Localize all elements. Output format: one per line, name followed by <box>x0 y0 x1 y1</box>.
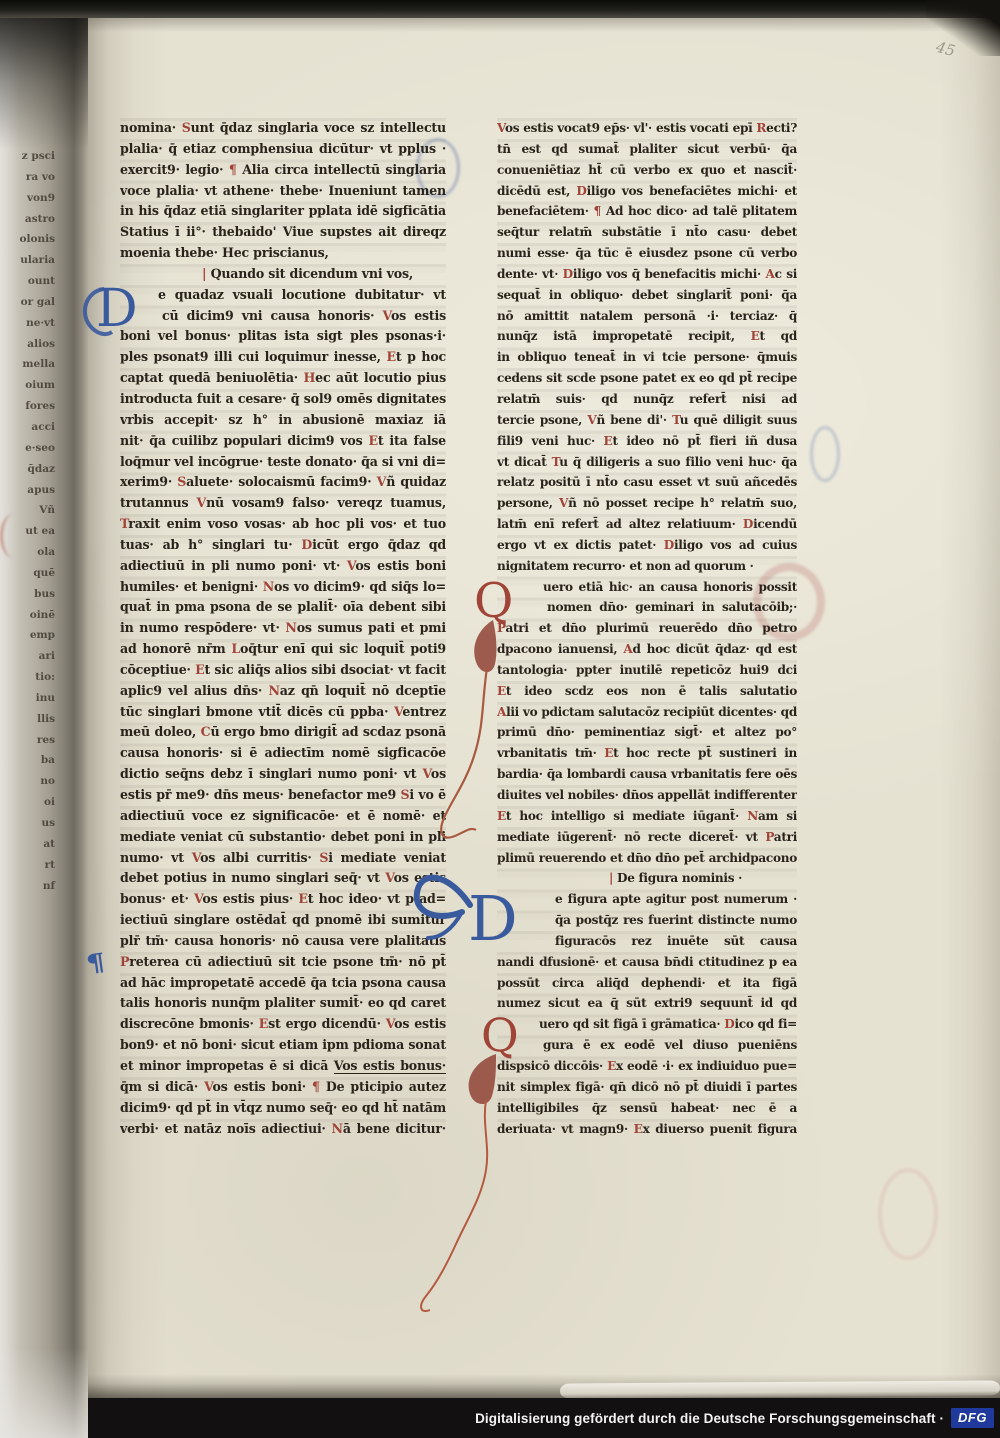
text-line: e quadaz vsuali locutione dubitatur· vt <box>120 285 446 306</box>
text-line: vrbanitatis tm̄· Et hoc recte pt̄ sustin… <box>497 743 797 764</box>
text-line: quat̄ in pma psona de se plalit̄· oīa de… <box>120 597 446 618</box>
text-line: uero qd sit figā ī grāmatica· Dico qd fi… <box>497 1014 797 1035</box>
illuminated-initial-Q-red: Q <box>474 577 513 625</box>
text-line: diuites vel nobiles· dn̄os appellāt indi… <box>497 785 797 806</box>
text-line: tuas· ab h° singlari tu· Dicūt ergo q̄da… <box>120 535 446 556</box>
text-line: seq̄tur relatm̄ substātie ī nt̄o casu· d… <box>497 222 797 243</box>
manuscript-scan: z pscira vovon9astroolonisulariaountor g… <box>0 0 1000 1438</box>
text-line: bonus· et· Vos estis pius· Et hoc ideo· … <box>120 889 446 910</box>
text-line: plimū reuerendo et dn̄o dn̄o pet̄ archid… <box>497 848 797 869</box>
text-line: fili9 veni huc· Et ideo nō pt̄ fieri iñ … <box>497 431 797 452</box>
text-line: estis pr̄ me9· dn̄s meus· benefactor me9… <box>120 785 446 806</box>
text-line: boni vel bonus· plitas ista sigt ples ps… <box>120 326 446 347</box>
text-line: Vos estis vocat9 ep̄s· vl'· estis vocati… <box>497 118 797 139</box>
text-line: vt dicat̄ Tu q̄ diligeris a suo filio ve… <box>497 452 797 473</box>
scan-top-edge <box>0 0 1000 18</box>
gutter-fragment: fores <box>0 396 58 417</box>
text-line: ples psonat9 illi cui loquimur inesse, E… <box>120 347 446 368</box>
text-line: ad hāc impropetatē accedē q̄a tcia psona… <box>120 973 446 994</box>
rubric-heading: | De figura nominis · <box>497 868 797 889</box>
text-line: adiectiuū in pli numo poni· vt· Vos esti… <box>120 556 446 577</box>
gutter-fragment: or gal <box>0 292 58 313</box>
text-line: nomina· Sunt q̄daz singlaria voce sz int… <box>120 118 446 139</box>
column-left: nomina· Sunt q̄daz singlaria voce sz int… <box>120 118 446 1139</box>
gutter-fragment: us <box>0 813 58 834</box>
text-line: causa honoris· si ē adiectīm nomē sigfic… <box>120 743 446 764</box>
gutter-fragment: emp <box>0 625 58 646</box>
text-line: adiectiuū voce ez significacōe· et ē nom… <box>120 806 446 827</box>
text-line: Alii vo pdictam salutacōz recipiūt dicen… <box>497 702 797 723</box>
text-line: humiles· et benigni· Nos vo dicim9· qd s… <box>120 577 446 598</box>
text-line: nignitatem recurro· et non ad quorum · <box>497 556 797 577</box>
text-line: Et hoc intelligo si mediate iūgant̄· Nam… <box>497 806 797 827</box>
text-line: e figura apte agitur post numerum · <box>497 889 797 910</box>
text-line: nit· q̄a cuilibz populari dicim9 vos Et … <box>120 431 446 452</box>
gutter-fragment: tio: <box>0 667 58 688</box>
text-line: exercit9· legio· ¶ Alia circa intellectū… <box>120 160 446 181</box>
text-line: cū dicim9 vni causa honoris· Vos estis <box>120 306 446 327</box>
text-line: captat quedā beniuolētia· Hec aūt locuti… <box>120 368 446 389</box>
text-line: dpacono ianuensi, Ad hoc dicūt q̄daz· qd… <box>497 639 797 660</box>
gutter-fragment: inu <box>0 688 58 709</box>
text-line: et minor impropetas ē si dicā Vos estis … <box>120 1056 446 1077</box>
text-line: cedens sit scde psone patet ex eo qd pt̄… <box>497 368 797 389</box>
gutter-fragment: mella <box>0 354 58 375</box>
gutter-fragment: astro <box>0 209 58 230</box>
gutter-fragment: no <box>0 771 58 792</box>
text-line: benefaciētem· ¶ Ad hoc dico· ad talē pli… <box>497 201 797 222</box>
text-line: xerim9· Saluete· solocaismū facim9· Vñ q… <box>120 472 446 493</box>
gutter-fragment: ount <box>0 271 58 292</box>
gutter-fragment: oinē <box>0 605 58 626</box>
text-line: nō amittit natalem personā ·i· terciaz· … <box>497 306 797 327</box>
text-line: loq̄mur vel incōgrue· teste donato· q̄a … <box>120 452 446 473</box>
dfg-logo: DFG <box>951 1408 994 1428</box>
text-line: Preterea cū adiectiuū sit tcie psone tm̄… <box>120 952 446 973</box>
gutter-fragment: ba <box>0 750 58 771</box>
illuminated-initial-D-blue: D <box>96 283 138 335</box>
text-line: gura ē ex eodē vel diuso pueniēns quedaz <box>497 1035 797 1056</box>
text-line: q̄m si dicā· Vos estis boni· ¶ De pticip… <box>120 1077 446 1098</box>
gutter-fragment: ne·vt <box>0 313 58 334</box>
text-line: iectiuū singlare ostēdat̄ qd pnomē ibi s… <box>120 910 446 931</box>
text-line: sequat̄ in obliquo· debet singlarit̄ pon… <box>497 285 797 306</box>
text-line: ad honorē nr̄m Loq̄tur enī qui sic loqui… <box>120 639 446 660</box>
text-line: Statius ī ii°· thebaido' Viue supstes ai… <box>120 222 446 243</box>
text-line: possūt circa aliq̄d dephendi· et ita fig… <box>497 973 797 994</box>
text-line: mediate veniat cū substantio· debet poni… <box>120 827 446 848</box>
text-line: trutannus Vnū vosam9 falso· vereqz tuamu… <box>120 493 446 514</box>
text-line: nomen dn̄o· geminari in salutacōib;· vt <box>497 597 797 618</box>
gutter-fragment: res <box>0 730 58 751</box>
text-line: vrbis accepit· sz h° in abusionē maxiaz … <box>120 410 446 431</box>
text-line: dictio seq̄ns debz ī singlari numo poni·… <box>120 764 446 785</box>
illuminated-initial-D-blue: D <box>468 888 518 950</box>
text-line: numez sicut ea q̄ sūt extri9 sequunt̄ id… <box>497 993 797 1014</box>
gutter-fragment: ularia <box>0 250 58 271</box>
text-line: dente· vt· Diligo vos q̄ benefacitis mic… <box>497 264 797 285</box>
text-line: nit simplex figā· qn̄ dicō nō pt̄ diuidi… <box>497 1077 797 1098</box>
gutter-fragment: alios <box>0 334 58 355</box>
text-line: tercie psone, Vñ bene di'· Tu quē diligi… <box>497 410 797 431</box>
gutter-fragment: ra vo <box>0 167 58 188</box>
text-line: relatm̄ suis· qd nunq̄z refert̄ nisi ad … <box>497 389 797 410</box>
text-line: verbi· et natāz noīs adiectiui· Nā bene … <box>120 1119 446 1140</box>
text-line: deriuata· vt magn9· Ex diuerso puenit fi… <box>497 1119 797 1140</box>
text-line: dicim9· qd pt̄ in vt̄qz numo seq̄· eo qd… <box>120 1098 446 1119</box>
text-line: in numo respōdere· vt· Nos sumus pati et… <box>120 618 446 639</box>
text-line: persone, Vñ nō posset recipe h° relatm̄ … <box>497 493 797 514</box>
gutter-fragment: nf <box>0 876 58 897</box>
gutter-fragment: olonis <box>0 229 58 250</box>
gutter-fragment: llis <box>0 709 58 730</box>
text-line: nandi dfusionē· et causa bn̄di ctitudine… <box>497 952 797 973</box>
text-line: intelligibiles q̄z sensū habeat· nec ē a… <box>497 1098 797 1119</box>
text-line: mediate iūgerent̄· nō recte diceret̄· vt… <box>497 827 797 848</box>
text-line: in his q̄daz etiā singlariter pplata idē… <box>120 201 446 222</box>
text-line: cōceptiue· Et sic aliq̄s alios sibi dsoc… <box>120 660 446 681</box>
rubric-heading: | Quando sit dicendum vni vos, <box>120 264 446 285</box>
gutter-fragment: bus <box>0 584 58 605</box>
gutter-fragments: z pscira vovon9astroolonisulariaountor g… <box>0 146 58 896</box>
text-line: numo· vt Vos albi curritis· Si mediate v… <box>120 848 446 869</box>
text-line: plalia· q̄ etiaz comphensiua dicūtur· vt… <box>120 139 446 160</box>
gutter-fragment: quē <box>0 563 58 584</box>
text-line: dicēdū est, Diligo vos benefaciētes mich… <box>497 181 797 202</box>
text-line: numi esse· q̄a tūc ē eiusdez psone cū ve… <box>497 243 797 264</box>
gutter-fragment: ola <box>0 542 58 563</box>
digitization-credit-bar: Digitalisierung gefördert durch die Deut… <box>88 1398 1000 1438</box>
gutter-fragment: ari <box>0 646 58 667</box>
text-line: uero etiā hic· an causa honoris possit h… <box>497 577 797 598</box>
text-line: ergo vt ex dictis patet· Diligo vos ad c… <box>497 535 797 556</box>
text-line: meū doleo, Cū ergo bmo dirigit̄ ad scdaz… <box>120 722 446 743</box>
text-line: conueniētiaz ht̄ cū verbo ex quo et nasc… <box>497 160 797 181</box>
text-line: Et ideo scdz eos non ē talis salutatio a… <box>497 681 797 702</box>
text-line: aplic9 vel alius dn̄s· Naz qn̄ loquit̄ n… <box>120 681 446 702</box>
gutter-fragment: e·seo <box>0 438 58 459</box>
text-line: voce plalia· vt athene· thebe· Inueniunt… <box>120 181 446 202</box>
gutter-fragment: rt <box>0 855 58 876</box>
text-line: figuracōs rez inuēte sūt causa detmi= <box>497 931 797 952</box>
blue-pilcrow-icon: ¶ <box>84 947 107 978</box>
gutter-fragment: at <box>0 834 58 855</box>
gutter-fragment: oium <box>0 375 58 396</box>
text-line: latm̄ enī refert̄ ad altez relatiuum· Di… <box>497 514 797 535</box>
credit-text: Digitalisierung gefördert durch die Deut… <box>475 1411 944 1426</box>
illuminated-initial-Q-red: Q <box>481 1012 519 1058</box>
gutter-fragment: z psci <box>0 146 58 167</box>
gutter-fragment: q̄daz <box>0 459 58 480</box>
text-line: plr̄ tm̄· causa honoris· nō causa vere p… <box>120 931 446 952</box>
text-line: tūc singlari bmone vtit̄ dicēs cū ppba· … <box>120 702 446 723</box>
text-line: bardia· q̄a lombardi causa vrbanitatis f… <box>497 764 797 785</box>
gutter-fragment: acci <box>0 417 58 438</box>
gutter-fragment: apus <box>0 480 58 501</box>
text-line: talis honoris nunq̄m plaliter sumit̄· eo… <box>120 993 446 1014</box>
gutter-fragment: oi <box>0 792 58 813</box>
gutter-fragment: von9 <box>0 188 58 209</box>
text-line: moenia thebe· Hec priscianus, <box>120 243 446 264</box>
text-line: primū dn̄o· peminentiaz sigt̄· et altez … <box>497 722 797 743</box>
text-line: bon9· et nō boni· sicut etiam ipm pdioma… <box>120 1035 446 1056</box>
text-line: nunq̄z istā impropetatē recipit, Et qd r… <box>497 326 797 347</box>
text-line: tantologia· ppter inutilē repeticōz hui9… <box>497 660 797 681</box>
text-line: Traxit enim voso vosas· ab hoc pli vos· … <box>120 514 446 535</box>
text-line: in obliquo teneat̄ in vi tcie persone· q… <box>497 347 797 368</box>
text-line: discrecōne bmonis· Est ergo dicendū· Vos… <box>120 1014 446 1035</box>
gutter-fragment: ut ea <box>0 521 58 542</box>
text-line: debet potius in numo singlari seq̄· vt V… <box>120 868 446 889</box>
text-line: tn̄ est qd sumat̄ plaliter sicut verbū· … <box>497 139 797 160</box>
text-line: relatz positū ī nt̄o casu esset vt suū a… <box>497 472 797 493</box>
text-line: Patri et dn̄o plurimū reuerēdo dn̄o petr… <box>497 618 797 639</box>
gutter-fragment: Vñ <box>0 500 58 521</box>
text-line: dispsicō diccōis· Ex eodē ·i· ex indiuid… <box>497 1056 797 1077</box>
text-line: introducta fuit a cesare· q̄ sol9 omēs d… <box>120 389 446 410</box>
column-right: Vos estis vocat9 ep̄s· vl'· estis vocati… <box>497 118 797 1139</box>
book-gutter: z pscira vovon9astroolonisulariaountor g… <box>0 0 88 1438</box>
text-line: q̄a postq̄z res fuerint distincte numo · <box>497 910 797 931</box>
page-stack-edge <box>560 1380 1000 1398</box>
